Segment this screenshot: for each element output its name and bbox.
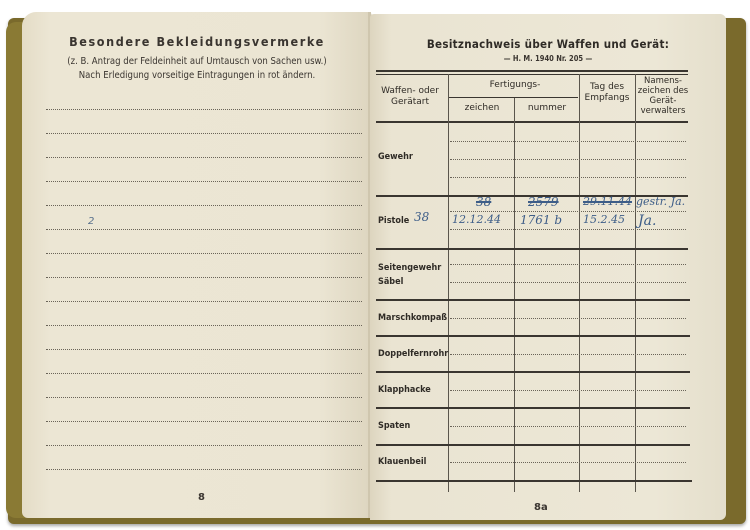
- row-label-pistole: Pistole: [378, 214, 409, 228]
- struck-nummer: 2579: [528, 195, 559, 209]
- header-date-received: Tag des Empfangs: [580, 82, 634, 104]
- column-divider: [579, 74, 580, 492]
- left-page-subtitle-1: (z. B. Antrag der Feldeinheit auf Umtaus…: [22, 56, 372, 67]
- entry-line[interactable]: [46, 373, 362, 374]
- entry-line[interactable]: [46, 109, 362, 110]
- header-fertigung-group: Fertigungs-: [450, 80, 580, 91]
- row-label-saebel: Säbel: [378, 275, 403, 289]
- zeichen-value: 12.12.44: [452, 213, 501, 226]
- regulation-reference: — H. M. 1940 Nr. 205 —: [370, 54, 726, 63]
- right-page-title: Besitznachweis über Waffen und Gerät:: [370, 37, 726, 51]
- entry-line[interactable]: [46, 157, 362, 158]
- custodian-initials-value: Ja.: [638, 213, 656, 229]
- row-rule: [376, 335, 690, 337]
- column-divider: [635, 74, 636, 492]
- entry-line[interactable]: [46, 421, 362, 422]
- row-rule: [376, 299, 690, 301]
- entry-line[interactable]: [46, 469, 362, 470]
- entry-line[interactable]: [46, 253, 362, 254]
- spaten-entry-line[interactable]: [450, 426, 686, 427]
- row-label-klauenbeil: Klauenbeil: [378, 455, 426, 469]
- pistol-model-handwritten: 38: [414, 210, 429, 224]
- row-label-spaten: Spaten: [378, 419, 410, 433]
- klapphacke-entry-line[interactable]: [450, 390, 686, 391]
- page-number-right: 8a: [534, 502, 548, 513]
- table-bottom-rule: [376, 480, 692, 482]
- header-zeichen: zeichen: [450, 103, 514, 114]
- column-divider: [514, 98, 515, 492]
- entry-line[interactable]: [46, 397, 362, 398]
- row-label-klapphacke: Klapphacke: [378, 383, 431, 397]
- left-page: Besondere Bekleidungsvermerke (z. B. Ant…: [22, 12, 372, 518]
- pistole-entry-line[interactable]: [450, 211, 686, 212]
- seitengewehr-entry-line[interactable]: [450, 264, 686, 265]
- header-nummer: nummer: [516, 103, 578, 114]
- left-page-title: Besondere Bekleidungsvermerke: [22, 34, 372, 49]
- klauenbeil-entry-line[interactable]: [450, 462, 686, 463]
- gewehr-entry-line[interactable]: [450, 177, 686, 178]
- entry-line[interactable]: [46, 301, 362, 302]
- header-custodian-initials: Namens- zeichen des Gerät- verwalters: [636, 76, 690, 116]
- gewehr-entry-line[interactable]: [450, 159, 686, 160]
- row-label-marschkompass: Marschkompaß: [378, 311, 447, 325]
- row-rule: [376, 371, 690, 373]
- row-label-gewehr: Gewehr: [378, 150, 413, 164]
- struck-zeichen: 38: [476, 195, 491, 209]
- row-label-doppelfernrohr: Doppelfernrohr: [378, 347, 448, 361]
- header-weapon-type: Waffen- oder Gerätart: [378, 86, 442, 108]
- page-number-left: 8: [198, 492, 205, 503]
- struck-initials: gestr. Ja.: [636, 195, 685, 208]
- doppelfernrohr-entry-line[interactable]: [450, 354, 686, 355]
- entry-line[interactable]: [46, 205, 362, 206]
- row-rule: [376, 248, 688, 250]
- entry-line[interactable]: [46, 325, 362, 326]
- entry-line[interactable]: [46, 133, 362, 134]
- marschkompass-entry-line[interactable]: [450, 318, 686, 319]
- entry-line[interactable]: [46, 445, 362, 446]
- entry-line[interactable]: [46, 181, 362, 182]
- header-subrule: [448, 97, 578, 98]
- right-page: Besitznachweis über Waffen und Gerät: — …: [370, 14, 726, 520]
- row-rule: [376, 407, 690, 409]
- pencil-mark: 2: [88, 216, 94, 227]
- gewehr-entry-line[interactable]: [450, 141, 686, 142]
- saebel-entry-line[interactable]: [450, 282, 686, 283]
- pistole-entry-line[interactable]: [450, 229, 686, 230]
- table-top-rule-thin: [376, 74, 688, 75]
- row-label-seitengewehr: Seitengewehr: [378, 261, 441, 275]
- header-bottom-rule: [376, 121, 688, 123]
- left-page-subtitle-2: Nach Erledigung vorseitige Eintragungen …: [22, 70, 372, 81]
- entry-line[interactable]: [46, 277, 362, 278]
- entry-line[interactable]: [46, 229, 362, 230]
- table-top-rule: [376, 70, 688, 72]
- date-received-value: 15.2.45: [583, 213, 625, 226]
- row-rule: [376, 444, 690, 446]
- struck-date: 29.11.44: [583, 195, 632, 208]
- entry-line[interactable]: [46, 349, 362, 350]
- column-divider: [448, 74, 449, 492]
- nummer-value: 1761 b: [520, 213, 562, 227]
